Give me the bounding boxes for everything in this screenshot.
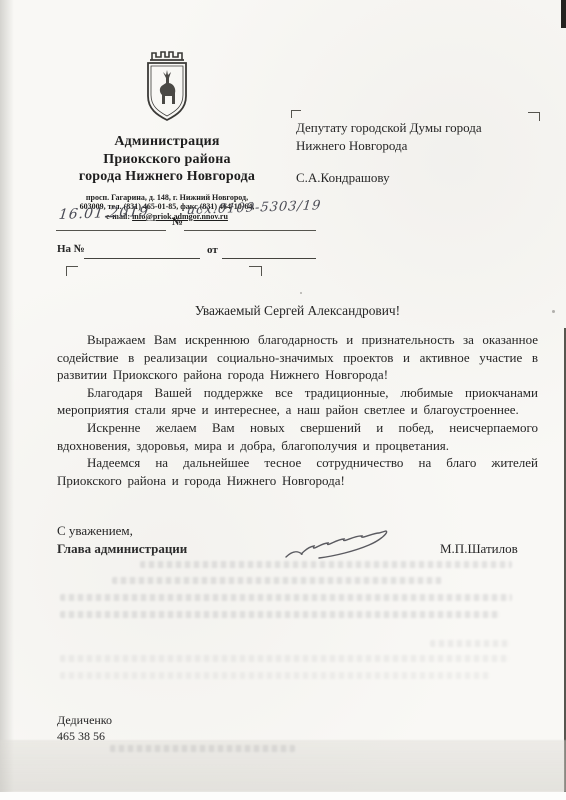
scan-speck xyxy=(552,310,555,313)
paragraph-3: Искренне желаем Вам новых свершений и по… xyxy=(57,419,538,454)
bleed-through-line xyxy=(60,655,510,662)
scan-speck xyxy=(300,292,302,294)
corner-mark-addressee-left xyxy=(291,110,301,118)
executor-block: Дедиченко 465 38 56 xyxy=(57,713,112,744)
number-underline xyxy=(184,230,316,231)
reply-from-label: от xyxy=(207,244,218,256)
letter-body: Выражаем Вам искреннюю благодарность и п… xyxy=(57,331,538,489)
bleed-through-line xyxy=(112,577,442,584)
bleed-through-line xyxy=(110,745,295,752)
coat-of-arms-icon xyxy=(136,48,198,129)
corner-mark-zone-right xyxy=(249,266,262,276)
bleed-through-line xyxy=(60,594,512,601)
scanned-letter-page: Администрация Приокского района города Н… xyxy=(0,0,566,800)
signer-title: Глава администрации xyxy=(57,541,187,557)
bleed-through-line xyxy=(60,611,500,618)
bleed-through-line xyxy=(430,640,510,647)
org-name-line2: Приокского района xyxy=(40,151,294,169)
org-name-line1: Администрация xyxy=(40,133,294,151)
reply-to-label: На № xyxy=(57,243,85,255)
paragraph-1: Выражаем Вам искреннюю благодарность и п… xyxy=(57,331,538,384)
addressee-line2: Нижнего Новгорода xyxy=(296,137,531,155)
reply-number-blank xyxy=(84,258,200,259)
letterhead: Администрация Приокского района города Н… xyxy=(40,48,294,221)
org-name-line3: города Нижнего Новгорода xyxy=(40,168,294,186)
executor-name: Дедиченко xyxy=(57,713,112,729)
reply-date-blank xyxy=(222,258,316,259)
bleed-through-line xyxy=(60,672,490,679)
paragraph-2: Благодаря Вашей поддержке все традиционн… xyxy=(57,384,538,419)
addressee-line1: Депутату городской Думы города xyxy=(296,119,531,137)
addressee-block: Депутату городской Думы города Нижнего Н… xyxy=(296,119,531,187)
corner-mark-zone-left xyxy=(66,266,78,276)
paragraph-4: Надеемся на дальнейшее тесное сотрудниче… xyxy=(57,454,538,489)
scan-right-edge-mark-top xyxy=(561,0,566,28)
scan-left-shadow xyxy=(0,0,14,800)
executor-phone: 465 38 56 xyxy=(57,729,112,745)
date-underline xyxy=(56,230,166,231)
handwritten-date: 16.01.2019 xyxy=(58,204,150,223)
bleed-through-line xyxy=(140,561,512,568)
closing-phrase: С уважением, xyxy=(57,523,133,539)
addressee-name: С.А.Кондрашову xyxy=(296,169,531,187)
scan-bottom-strip xyxy=(0,792,566,800)
number-sign-label: № xyxy=(172,216,183,228)
salutation: Уважаемый Сергей Александрович! xyxy=(57,303,538,319)
signer-name: М.П.Шатилов xyxy=(440,541,518,557)
